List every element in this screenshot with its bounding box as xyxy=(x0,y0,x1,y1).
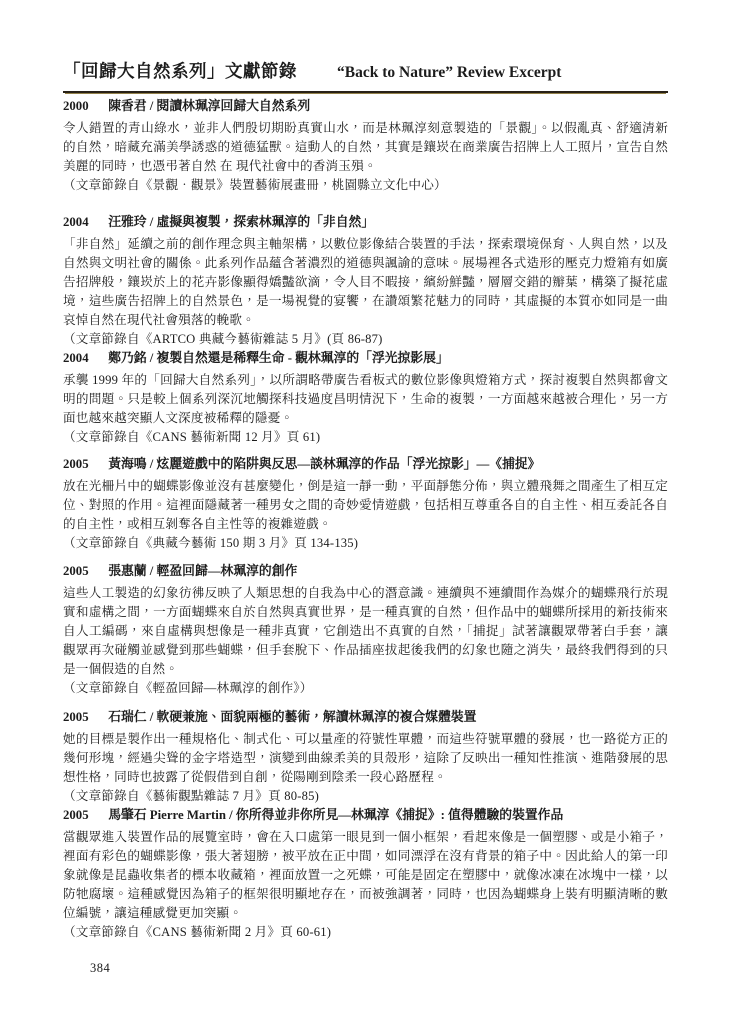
entry-year: 2004 xyxy=(63,213,91,232)
entry-source: （文章節錄自《輕盈回歸—林珮淳的創作》） xyxy=(63,679,668,698)
entry-year: 2005 xyxy=(63,455,91,474)
entry-source: （文章節錄自《ARTCO 典藏今藝術雜誌 5 月》(頁 86-87) xyxy=(63,330,668,349)
entry-heading: 2005 黃海鳴 / 炫麗遊戲中的陷阱與反思—談林珮淳的作品「浮光掠影」—《捕捉… xyxy=(63,455,668,474)
entry-source: （文章節錄自《CANS 藝術新聞 2 月》頁 60-61) xyxy=(63,923,668,942)
review-entry-2005-huang: 2005 黃海鳴 / 炫麗遊戲中的陷阱與反思—談林珮淳的作品「浮光掠影」—《捕捉… xyxy=(63,455,668,553)
review-entry-2004-cheng: 2004 鄭乃銘 / 複製自然還是稀釋生命 - 觀林珮淳的「浮光掠影展」 承襲 … xyxy=(63,349,668,447)
entry-author-title: 陳香君 / 閱讀林珮淳回歸大自然系列 xyxy=(108,99,310,113)
entry-source: （文章節錄自《景觀‧觀景》裝置藝術展畫冊，桃園縣立文化中心） xyxy=(63,176,668,195)
entry-heading: 2005 馬肇石 Pierre Martin / 你所得並非你所見—林珮淳《捕捉… xyxy=(63,806,668,825)
entry-heading: 2004 鄭乃銘 / 複製自然還是稀釋生命 - 觀林珮淳的「浮光掠影展」 xyxy=(63,349,668,368)
review-entry-2000-chen: 2000 陳香君 / 閱讀林珮淳回歸大自然系列 令人錯置的青山綠水，並非人們殷切… xyxy=(63,97,668,195)
entry-source: （文章節錄自《藝術觀點雜誌 7 月》頁 80-85) xyxy=(63,787,668,806)
entry-author-title: 張惠蘭 / 輕盈回歸—林珮淳的創作 xyxy=(108,564,297,578)
page-title-chinese: 「回歸大自然系列」文獻節錄 xyxy=(63,61,297,81)
entry-body: 放在光柵片中的蝴蝶影像並沒有甚麼變化，倒是這一靜一動，平面靜態分佈，與立體飛舞之… xyxy=(63,477,668,534)
page-title: 「回歸大自然系列」文獻節錄 “Back to Nature” Review Ex… xyxy=(63,54,668,85)
entry-author-title: 黃海鳴 / 炫麗遊戲中的陷阱與反思—談林珮淳的作品「浮光掠影」—《捕捉》 xyxy=(108,457,540,471)
entry-year: 2000 xyxy=(63,97,91,116)
entry-heading: 2004 汪雅玲 / 虛擬與複製，探索林珮淳的「非自然」 xyxy=(63,213,668,232)
entry-author-title: 汪雅玲 / 虛擬與複製，探索林珮淳的「非自然」 xyxy=(108,215,374,229)
entry-year: 2005 xyxy=(63,806,91,825)
entry-heading: 2000 陳香君 / 閱讀林珮淳回歸大自然系列 xyxy=(63,97,668,116)
document-header: 「回歸大自然系列」文獻節錄 “Back to Nature” Review Ex… xyxy=(63,54,668,93)
review-entry-2005-shih: 2005 石瑞仁 / 軟硬兼施、面貌兩極的藝術，解讀林珮淳的複合媒體裝置 她的目… xyxy=(63,708,668,806)
entry-source: （文章節錄自《CANS 藝術新聞 12 月》頁 61) xyxy=(63,428,668,447)
entry-author-title: 馬肇石 Pierre Martin / 你所得並非你所見—林珮淳《捕捉》: 值得… xyxy=(108,808,563,822)
entry-body: 當觀眾進入裝置作品的展覽室時，會在入口處第一眼見到一個小框架，看起來像是一個塑膠… xyxy=(63,828,668,923)
entry-source: （文章節錄自《典藏今藝術 150 期 3 月》頁 134-135) xyxy=(63,534,668,553)
entry-year: 2004 xyxy=(63,349,91,368)
entry-author-title: 石瑞仁 / 軟硬兼施、面貌兩極的藝術，解讀林珮淳的複合媒體裝置 xyxy=(108,710,476,724)
review-entry-2004-wang: 2004 汪雅玲 / 虛擬與複製，探索林珮淳的「非自然」 「非自然」延續之前的創… xyxy=(63,213,668,349)
entry-year: 2005 xyxy=(63,708,91,727)
entry-body: 這些人工製造的幻象彷彿反映了人類思想的自我為中心的潛意識。連續與不連續間作為媒介… xyxy=(63,584,668,679)
entry-year: 2005 xyxy=(63,562,91,581)
page-title-english: “Back to Nature” Review Excerpt xyxy=(337,64,561,81)
entry-body: 令人錯置的青山綠水，並非人們殷切期盼真實山水，而是林珮淳刻意製造的「景觀」。以假… xyxy=(63,119,668,176)
review-entry-2005-chang: 2005 張惠蘭 / 輕盈回歸—林珮淳的創作 這些人工製造的幻象彷彿反映了人類思… xyxy=(63,562,668,698)
entry-body: 她的目標是製作出一種規格化、制式化、可以量產的符號性單體，而這些符號單體的發展，… xyxy=(63,730,668,787)
entry-body: 「非自然」延續之前的創作理念與主軸架構，以數位影像結合裝置的手法，探索環境保育、… xyxy=(63,235,668,330)
entry-author-title: 鄭乃銘 / 複製自然還是稀釋生命 - 觀林珮淳的「浮光掠影展」 xyxy=(108,351,449,365)
document-page: 「回歸大自然系列」文獻節錄 “Back to Nature” Review Ex… xyxy=(0,0,732,1023)
page-number: 384 xyxy=(90,961,110,976)
review-entry-2005-martin: 2005 馬肇石 Pierre Martin / 你所得並非你所見—林珮淳《捕捉… xyxy=(63,806,668,942)
entry-heading: 2005 張惠蘭 / 輕盈回歸—林珮淳的創作 xyxy=(63,562,668,581)
entry-heading: 2005 石瑞仁 / 軟硬兼施、面貌兩極的藝術，解讀林珮淳的複合媒體裝置 xyxy=(63,708,668,727)
entry-body: 承襲 1999 年的「回歸大自然系列」，以所謂略帶廣告看板式的數位影像與燈箱方式… xyxy=(63,371,668,428)
